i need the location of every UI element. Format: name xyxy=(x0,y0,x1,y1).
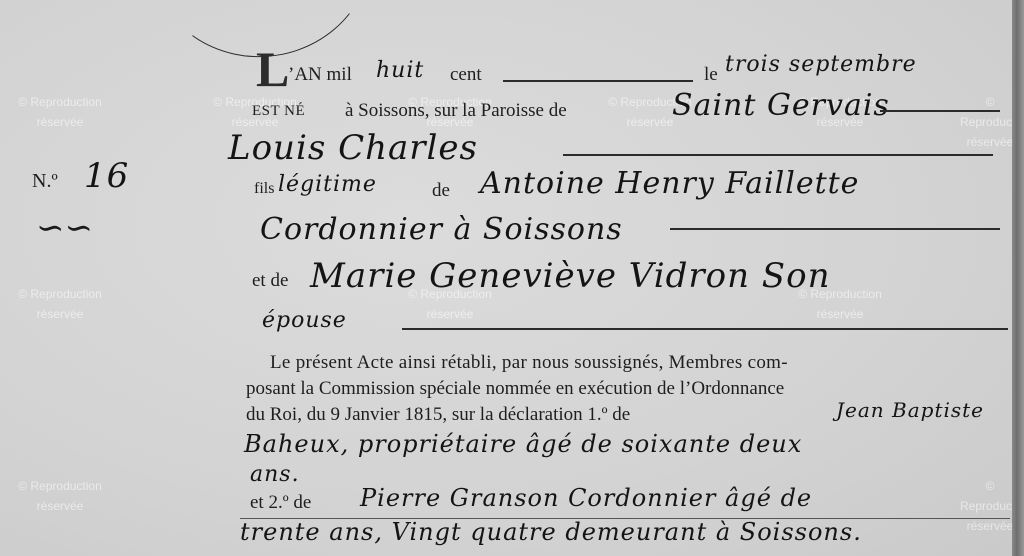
watermark-line2: réservée xyxy=(0,112,120,132)
printed-fils: fils xyxy=(254,180,274,198)
fill-line xyxy=(402,328,1008,330)
watermark: © Reproduction réservée xyxy=(0,92,120,132)
father-occupation-handwritten: Cordonnier à Soissons xyxy=(260,212,623,247)
fill-line xyxy=(503,80,693,82)
parish-handwritten: Saint Gervais xyxy=(672,88,890,123)
child-name-handwritten: Louis Charles xyxy=(228,128,478,168)
header-printed-cent: cent xyxy=(450,64,482,86)
epouse-handwritten: épouse xyxy=(262,308,347,333)
certification-line3: du Roi, du 9 Janvier 1815, sur la déclar… xyxy=(246,404,630,426)
watermark-line2: réservée xyxy=(0,304,120,324)
watermark-line2: réservée xyxy=(960,516,1020,536)
watermark-line2: réservée xyxy=(0,496,120,516)
watermark: © Reproduction réservée xyxy=(960,92,1020,152)
watermark-line1: © Reproduction xyxy=(960,92,1020,132)
printed-et-de: et de xyxy=(252,270,288,292)
header-printed-lan: ’AN mil xyxy=(288,64,352,86)
document-page: © Reproduction réservée © Reproduction r… xyxy=(0,0,1012,556)
date-handwritten: trois septembre xyxy=(725,52,917,77)
legitime-handwritten: légitime xyxy=(278,172,377,197)
watermark-line2: réservée xyxy=(780,304,900,324)
fill-line xyxy=(670,228,1000,230)
watermark-line1: © Reproduction xyxy=(0,92,120,112)
mother-name-handwritten: Marie Geneviève Vidron Son xyxy=(310,256,830,296)
certification-line2: posant la Commission spéciale nommée en … xyxy=(246,378,784,400)
marginal-mark: ∽∽ xyxy=(36,208,93,248)
watermark: © Reproduction réservée xyxy=(0,284,120,324)
record-number-label: N.º xyxy=(32,170,58,193)
certification-line1: Le présent Acte ainsi rétabli, par nous … xyxy=(270,352,788,374)
dropcap-letter: L xyxy=(256,44,289,94)
year-handwritten: huit xyxy=(376,58,424,83)
fill-line xyxy=(880,110,1000,112)
watermark-line1: © Reproduction xyxy=(0,476,120,496)
watermark-line2: réservée xyxy=(960,132,1020,152)
header-printed-soissons: à Soissons, sur la Paroisse de xyxy=(345,100,567,122)
father-name-handwritten: Antoine Henry Faillette xyxy=(480,166,859,201)
printed-et-2-de: et 2.º de xyxy=(250,492,311,514)
watermark-line2: réservée xyxy=(390,304,510,324)
declarant1-age-suffix: ans. xyxy=(250,462,300,487)
watermark: © Reproduction réservée xyxy=(960,476,1020,536)
page-edge-shadow xyxy=(1012,0,1024,556)
record-number: 16 xyxy=(84,156,129,196)
printed-de: de xyxy=(432,180,450,202)
header-printed-est-ne: EST NÉ xyxy=(252,103,305,120)
watermark-line1: © Reproduction xyxy=(960,476,1020,516)
declarant1-handwritten: Baheux, propriétaire âgé de soixante deu… xyxy=(244,430,802,458)
header-printed-le: le xyxy=(704,64,718,86)
watermark-line1: © Reproduction xyxy=(0,284,120,304)
declarant2-handwritten: Pierre Granson Cordonnier âgé de xyxy=(360,484,812,512)
declarant1-firstname-handwritten: Jean Baptiste xyxy=(836,398,984,422)
declarant2-age-residence-handwritten: trente ans, Vingt quatre demeurant à Soi… xyxy=(240,518,862,546)
watermark: © Reproduction réservée xyxy=(0,476,120,516)
fill-line xyxy=(563,154,993,156)
